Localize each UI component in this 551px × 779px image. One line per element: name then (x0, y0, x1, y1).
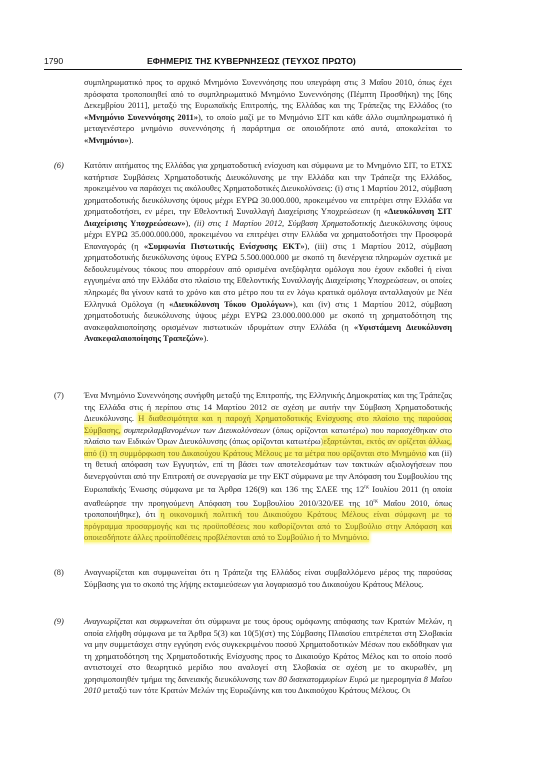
recital-number-7: (7) (54, 390, 64, 402)
recital-8: Αναγνωρίζεται και συμφωνείται ότι η Τράπ… (84, 567, 452, 590)
page-header: 1790 ΕΦΗΜΕΡΙΣ ΤΗΣ ΚΥΒΕΡΝΗΣΕΩΣ (ΤΕΥΧΟΣ ΠΡ… (44, 54, 462, 70)
recital-9: Αναγνωρίζεται και συμφωνείται ότι σύμφων… (84, 616, 452, 697)
bold-term: «Μνημόνιο» (84, 135, 129, 145)
bold-term: «Συμφωνία Πιστωτικής Ενίσχυσης ΕΚΤ» (144, 241, 305, 251)
text: με ημερομηνία (368, 674, 423, 684)
text: συμπληρωματικό προς το αρχικό Μνημόνιο Σ… (84, 77, 452, 110)
text: μεταξύ των τότε Κρατών Μελών της Ευρωζών… (101, 685, 410, 695)
italic-text: συμπεριλαμβανομένων των Διευκολύνσεων (121, 425, 270, 435)
page-number: 1790 (44, 56, 63, 66)
recital-7: Ένα Μνημόνιο Συνεννόησης συνήφθη μεταξύ … (84, 390, 452, 544)
recital-number-9: (9) (54, 616, 64, 628)
recital-number-8: (8) (54, 567, 64, 579)
text: ). (203, 333, 208, 343)
italic-text: Αναγνωρίζεται και συμφωνείται (84, 616, 192, 626)
italic-text: 80 δισεκατομμυρίων Ευρώ (278, 674, 368, 684)
gazette-title: ΕΦΗΜΕΡΙΣ ΤΗΣ ΚΥΒΕΡΝΗΣΕΩΣ (ΤΕΥΧΟΣ ΠΡΩΤΟ) (147, 56, 356, 66)
recital-6: Κατόπιν αιτήματος της Ελλάδας για χρηματ… (84, 160, 452, 345)
intro-paragraph: συμπληρωματικό προς το αρχικό Μνημόνιο Σ… (84, 77, 452, 146)
text: ), (186, 218, 195, 228)
bold-term: «Μνημόνιο Συνεννόησης 2011» (84, 112, 198, 122)
recital-number-6: (6) (54, 160, 64, 172)
italic-text: (ii) στις 1 Μαρτίου 2012, Σύμβαση Χρηματ… (194, 218, 376, 228)
text: ). (129, 135, 134, 145)
bold-term: «Διευκόλυνση Τόκου Ομολόγων» (169, 299, 293, 309)
